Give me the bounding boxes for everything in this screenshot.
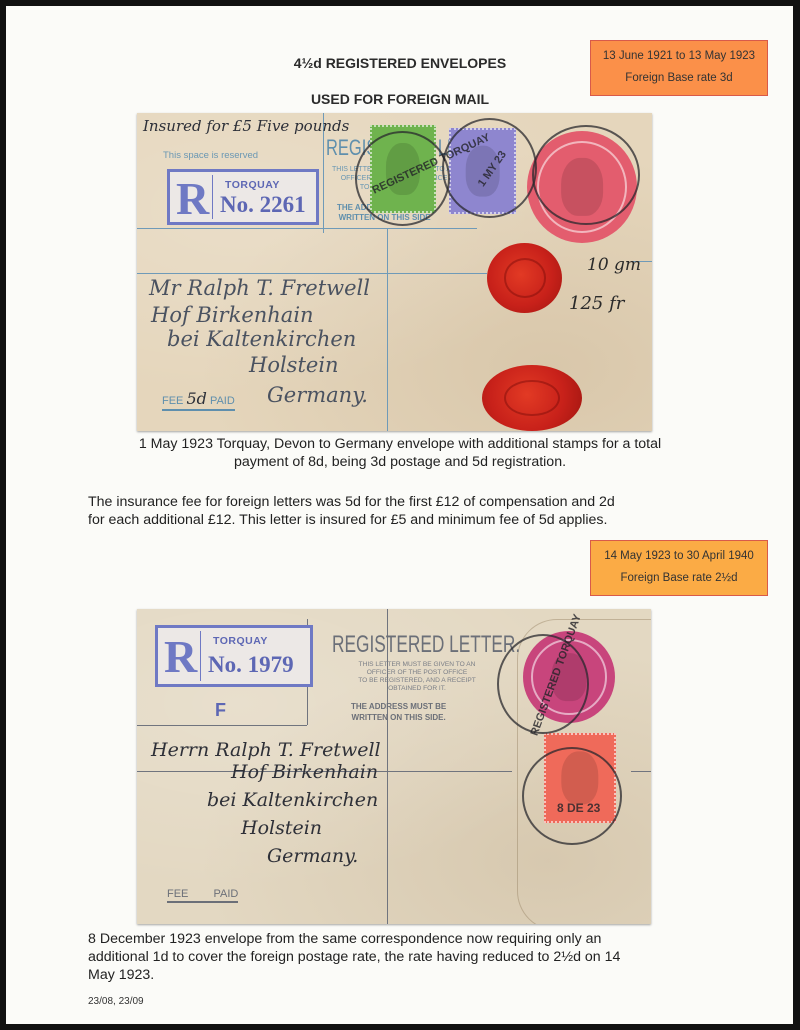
postmark-registered-torquay: [522, 747, 622, 845]
registration-label: R TORQUAY No. 1979: [155, 625, 313, 687]
fee-paid-text: FEE 5d PAID: [162, 389, 235, 411]
address-line: Germany.: [267, 845, 358, 867]
registration-label: R TORQUAY No. 2261: [167, 169, 319, 225]
printed-line: [387, 228, 388, 431]
page-reference: 23/08, 23/09: [88, 996, 144, 1007]
seal-impression: [504, 258, 546, 297]
seal-impression: [504, 380, 560, 417]
cover-2-caption: 8 December 1923 envelope from the same c…: [88, 930, 728, 984]
rate-period-dates: 14 May 1923 to 30 April 1940: [591, 550, 767, 562]
address-line: Hof Birkenhain: [231, 761, 378, 783]
cover-1-insurance-note: The insurance fee for foreign letters wa…: [88, 493, 728, 529]
printed-address-note: THE ADDRESS MUST BE WRITTEN ON THIS SIDE…: [351, 701, 446, 723]
label-divider: [212, 175, 213, 219]
rate-period-box-1: 13 June 1921 to 13 May 1923 Foreign Base…: [590, 40, 768, 96]
address-line: Mr Ralph T. Fretwell: [149, 276, 370, 300]
address-line: Germany.: [267, 383, 368, 407]
printed-line: [137, 228, 477, 229]
registration-r-letter: R: [164, 634, 197, 680]
rate-period-rate: Foreign Base rate 2½d: [591, 572, 767, 584]
cover-1-caption: 1 May 1923 Torquay, Devon to Germany env…: [0, 435, 800, 471]
registration-number: No. 1979: [208, 652, 294, 678]
rate-period-dates: 13 June 1921 to 13 May 1923: [591, 50, 767, 62]
address-line: Herrn Ralph T. Fretwell: [151, 739, 381, 761]
printed-instructions: THIS LETTER MUST BE GIVEN TO AN OFFICER …: [337, 661, 497, 693]
envelope-cover-1: Insured for £5 Five pounds This space is…: [137, 113, 652, 431]
manuscript-value-note: 125 fr: [569, 293, 624, 314]
postmark-registered-torquay: [532, 125, 640, 225]
wax-seal: [487, 243, 562, 313]
postmark-date: 8 DE 23: [557, 801, 600, 815]
foreign-mark: F: [215, 700, 226, 721]
manuscript-weight-note: 10 gm: [587, 255, 641, 275]
printed-reserved-text: This space is reserved: [163, 150, 258, 161]
fee-paid-text: FEE PAID: [167, 888, 238, 903]
printed-heading: REGISTERED LETTER.: [332, 631, 520, 659]
envelope-cover-2: R TORQUAY No. 1979 F REGISTERED LETTER. …: [137, 609, 651, 924]
address-line: Holstein: [241, 817, 322, 839]
wax-seal: [482, 365, 582, 431]
rate-period-box-2: 14 May 1923 to 30 April 1940 Foreign Bas…: [590, 540, 768, 596]
address-line: bei Kaltenkirchen: [167, 327, 356, 351]
printed-line: [137, 725, 307, 726]
address-line: bei Kaltenkirchen: [207, 789, 378, 811]
registration-office: TORQUAY: [225, 179, 280, 191]
label-divider: [200, 631, 201, 681]
printed-line: [137, 273, 487, 274]
rate-period-rate: Foreign Base rate 3d: [591, 72, 767, 84]
insurance-manuscript-note: Insured for £5 Five pounds: [143, 117, 349, 135]
address-line: Hof Birkenhain: [151, 303, 314, 327]
address-line: Holstein: [249, 353, 339, 377]
registration-office: TORQUAY: [213, 635, 268, 647]
registration-r-letter: R: [176, 176, 209, 222]
registration-number: No. 2261: [220, 192, 306, 218]
